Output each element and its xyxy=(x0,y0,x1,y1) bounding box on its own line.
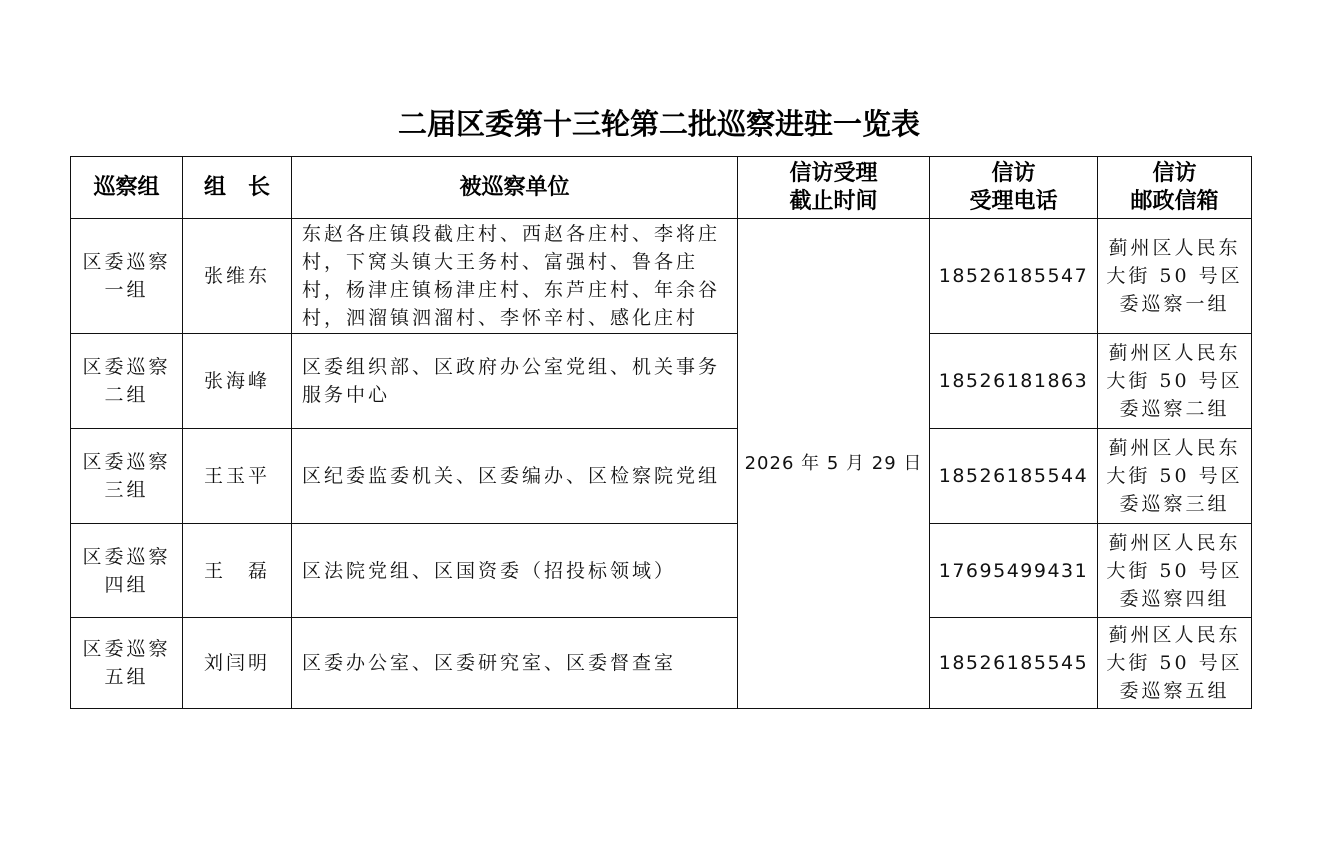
header-leader: 组 长 xyxy=(183,157,292,219)
group-line1: 区委巡察 xyxy=(71,248,182,276)
group-line2: 四组 xyxy=(71,571,182,599)
cell-group: 区委巡察 五组 xyxy=(71,618,183,709)
header-deadline-line2: 截止时间 xyxy=(738,188,929,216)
header-group: 巡察组 xyxy=(71,157,183,219)
mailbox-line3: 委巡察五组 xyxy=(1098,677,1251,705)
cell-units: 区委组织部、区政府办公室党组、机关事务服务中心 xyxy=(292,334,738,429)
cell-leader: 张维东 xyxy=(183,219,292,334)
group-line1: 区委巡察 xyxy=(71,448,182,476)
cell-phone: 18526185544 xyxy=(930,429,1098,524)
cell-units: 东赵各庄镇段截庄村、西赵各庄村、李将庄村，下窝头镇大王务村、富强村、鲁各庄村，杨… xyxy=(292,219,738,334)
inspection-roster-table: 巡察组 组 长 被巡察单位 信访受理 截止时间 信访 受理电话 信访 邮政信箱 xyxy=(70,156,1252,709)
cell-mailbox: 蓟州区人民东 大街 50 号区 委巡察一组 xyxy=(1098,219,1252,334)
group-line2: 五组 xyxy=(71,663,182,691)
group-line2: 一组 xyxy=(71,276,182,304)
cell-leader: 刘闫明 xyxy=(183,618,292,709)
header-units-text: 被巡察单位 xyxy=(292,174,737,202)
cell-mailbox: 蓟州区人民东 大街 50 号区 委巡察四组 xyxy=(1098,524,1252,618)
table-row: 区委巡察 二组 张海峰 区委组织部、区政府办公室党组、机关事务服务中心 1852… xyxy=(71,334,1252,429)
mailbox-line1: 蓟州区人民东 xyxy=(1098,234,1251,262)
cell-group: 区委巡察 四组 xyxy=(71,524,183,618)
header-phone-line1: 信访 xyxy=(930,160,1097,188)
cell-leader: 张海峰 xyxy=(183,334,292,429)
mailbox-line3: 委巡察四组 xyxy=(1098,585,1251,613)
header-mailbox-line1: 信访 xyxy=(1098,160,1251,188)
header-mailbox: 信访 邮政信箱 xyxy=(1098,157,1252,219)
group-line2: 三组 xyxy=(71,476,182,504)
cell-units: 区纪委监委机关、区委编办、区检察院党组 xyxy=(292,429,738,524)
cell-leader: 王 磊 xyxy=(183,524,292,618)
mailbox-line1: 蓟州区人民东 xyxy=(1098,339,1251,367)
cell-group: 区委巡察 二组 xyxy=(71,334,183,429)
header-deadline: 信访受理 截止时间 xyxy=(738,157,930,219)
cell-deadline: 2026 年 5 月 29 日 xyxy=(738,219,930,709)
mailbox-line2: 大街 50 号区 xyxy=(1098,649,1251,677)
cell-group: 区委巡察 一组 xyxy=(71,219,183,334)
cell-leader: 王玉平 xyxy=(183,429,292,524)
cell-phone: 18526185545 xyxy=(930,618,1098,709)
group-line1: 区委巡察 xyxy=(71,353,182,381)
cell-phone: 17695499431 xyxy=(930,524,1098,618)
header-units: 被巡察单位 xyxy=(292,157,738,219)
cell-mailbox: 蓟州区人民东 大街 50 号区 委巡察五组 xyxy=(1098,618,1252,709)
cell-phone: 18526185547 xyxy=(930,219,1098,334)
mailbox-line1: 蓟州区人民东 xyxy=(1098,529,1251,557)
mailbox-line2: 大街 50 号区 xyxy=(1098,262,1251,290)
cell-mailbox: 蓟州区人民东 大街 50 号区 委巡察三组 xyxy=(1098,429,1252,524)
header-phone: 信访 受理电话 xyxy=(930,157,1098,219)
header-mailbox-line2: 邮政信箱 xyxy=(1098,188,1251,216)
cell-phone: 18526181863 xyxy=(930,334,1098,429)
mailbox-line3: 委巡察一组 xyxy=(1098,290,1251,318)
header-deadline-line1: 信访受理 xyxy=(738,160,929,188)
cell-mailbox: 蓟州区人民东 大街 50 号区 委巡察二组 xyxy=(1098,334,1252,429)
mailbox-line3: 委巡察三组 xyxy=(1098,490,1251,518)
mailbox-line1: 蓟州区人民东 xyxy=(1098,434,1251,462)
table-row: 区委巡察 一组 张维东 东赵各庄镇段截庄村、西赵各庄村、李将庄村，下窝头镇大王务… xyxy=(71,219,1252,334)
mailbox-line2: 大街 50 号区 xyxy=(1098,557,1251,585)
cell-units: 区委办公室、区委研究室、区委督查室 xyxy=(292,618,738,709)
group-line2: 二组 xyxy=(71,381,182,409)
mailbox-line1: 蓟州区人民东 xyxy=(1098,621,1251,649)
header-phone-line2: 受理电话 xyxy=(930,188,1097,216)
table-row: 区委巡察 三组 王玉平 区纪委监委机关、区委编办、区检察院党组 18526185… xyxy=(71,429,1252,524)
mailbox-line3: 委巡察二组 xyxy=(1098,395,1251,423)
document-title: 二届区委第十三轮第二批巡察进驻一览表 xyxy=(0,104,1318,144)
header-group-text: 巡察组 xyxy=(71,174,182,202)
table-row: 区委巡察 四组 王 磊 区法院党组、区国资委（招投标领域） 1769549943… xyxy=(71,524,1252,618)
mailbox-line2: 大街 50 号区 xyxy=(1098,462,1251,490)
group-line1: 区委巡察 xyxy=(71,543,182,571)
cell-units: 区法院党组、区国资委（招投标领域） xyxy=(292,524,738,618)
group-line1: 区委巡察 xyxy=(71,635,182,663)
table-row: 区委巡察 五组 刘闫明 区委办公室、区委研究室、区委督查室 1852618554… xyxy=(71,618,1252,709)
table-header-row: 巡察组 组 长 被巡察单位 信访受理 截止时间 信访 受理电话 信访 邮政信箱 xyxy=(71,157,1252,219)
cell-group: 区委巡察 三组 xyxy=(71,429,183,524)
header-leader-text: 组 长 xyxy=(183,174,291,202)
mailbox-line2: 大街 50 号区 xyxy=(1098,367,1251,395)
